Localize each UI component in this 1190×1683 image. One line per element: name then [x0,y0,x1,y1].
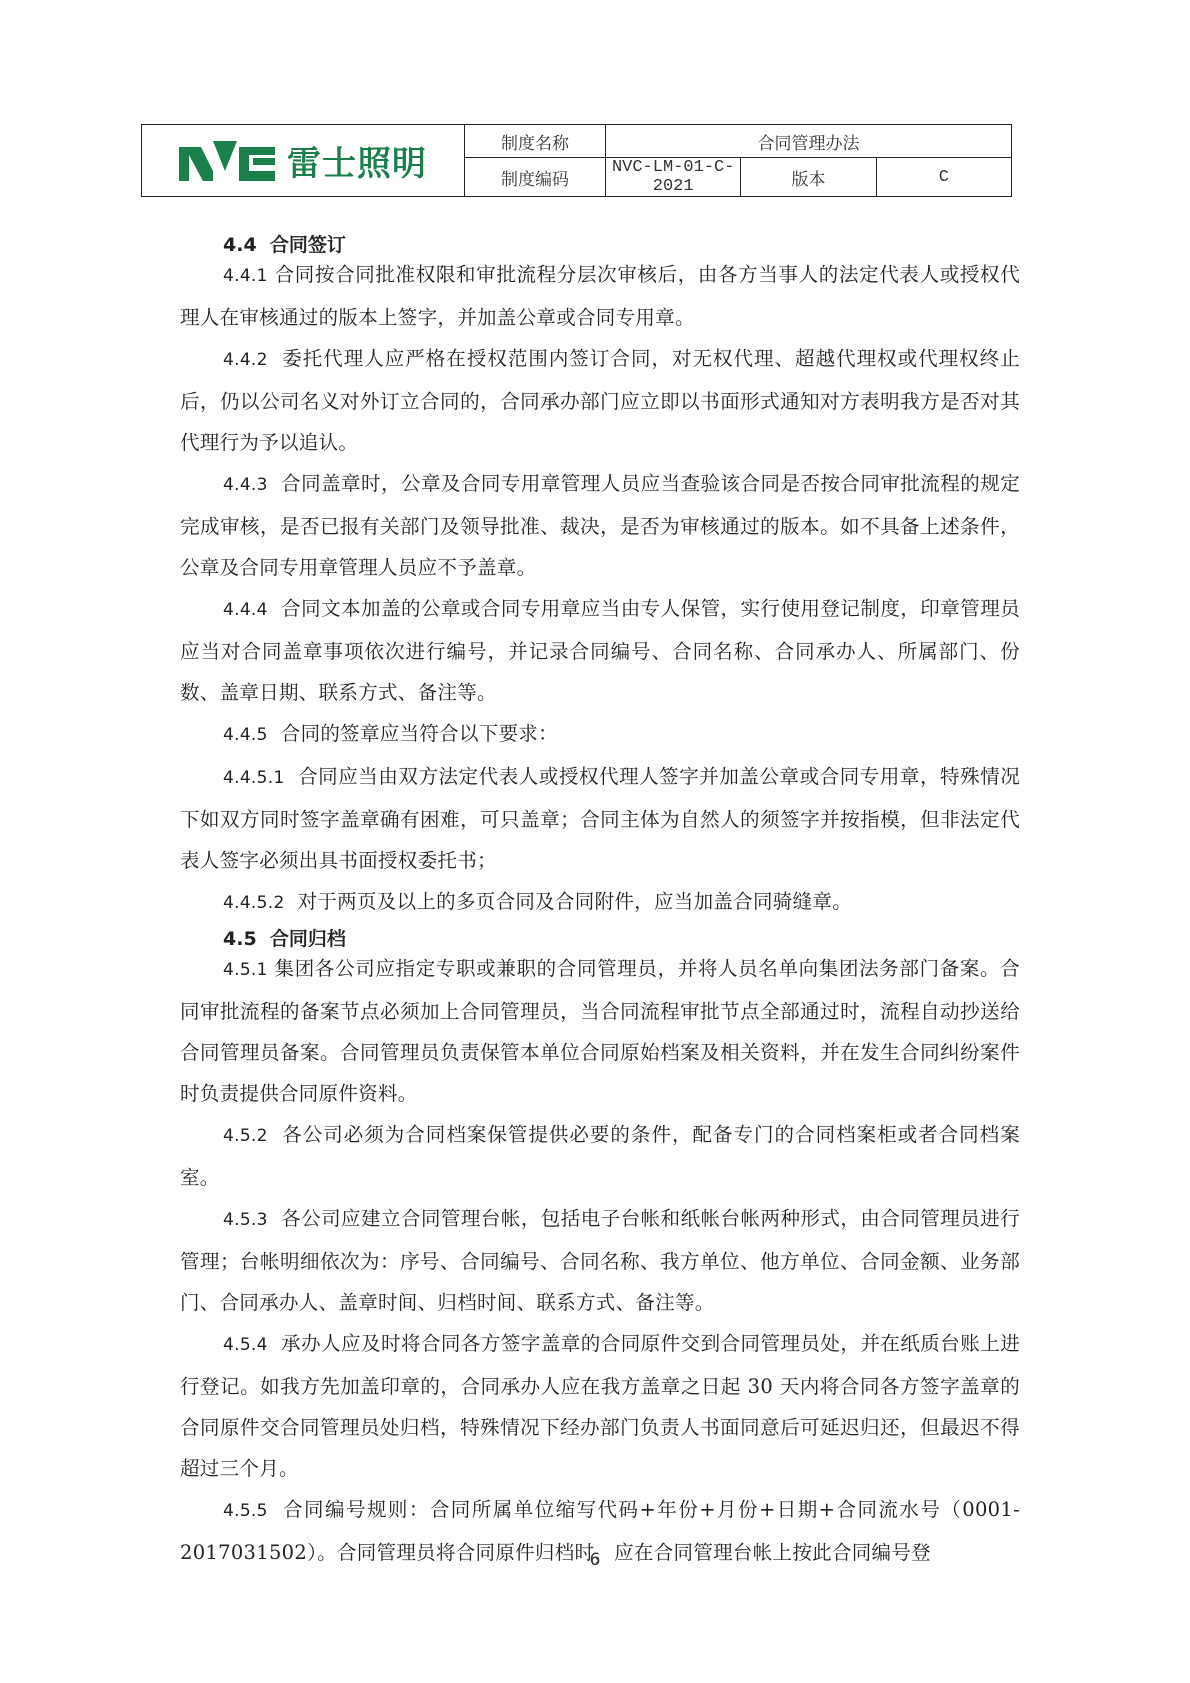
document-body: 4.4 合同签订 4.4.1 合同按合同批准权限和审批流程分层次审核后，由各方当… [180,228,1020,1573]
clause-number: 4.4.5.2 [223,893,285,913]
clause-number: 4.5.2 [223,1126,268,1146]
section-number: 4.4 [223,234,257,256]
clause-4-5-3: 4.5.3 各公司应建立合同管理台帐，包括电子台帐和纸帐台帐两种形式，由合同管理… [180,1198,1020,1323]
logo-cell: 雷士照明 [142,125,465,197]
clause-4-4-3: 4.4.3 合同盖章时，公章及合同专用章管理人员应当查验该合同是否按合同审批流程… [180,463,1020,588]
nvc-logo-icon [179,141,279,181]
clause-4-5-1: 4.5.1 集团各公司应指定专职或兼职的合同管理员，并将人员名单向集团法务部门备… [180,948,1020,1114]
regulation-code-value: NVC-LM-01-C-2021 [606,158,741,197]
clause-number: 4.4.5.1 [223,768,285,788]
page-number: 6 [0,1550,1190,1570]
clause-4-4-2: 4.4.2 委托代理人应严格在授权范围内签订合同，对无权代理、超越代理权或代理权… [180,338,1020,463]
clause-text: 合同按合同批准权限和审批流程分层次审核后，由各方当事人的法定代表人或授权代理人在… [180,263,1020,329]
clause-number: 4.4.5 [223,725,268,745]
clause-number: 4.5.3 [223,1210,268,1230]
logo-text: 雷士照明 [287,136,427,185]
clause-text: 合同盖章时，公章及合同专用章管理人员应当查验该合同是否按合同审批流程的规定完成审… [180,472,1020,579]
document-header-table: 雷士照明 制度名称 合同管理办法 制度编码 NVC-LM-01-C-2021 版… [141,124,1012,197]
clause-4-4-5-2: 4.4.5.2 对于两页及以上的多页合同及合同附件，应当加盖合同骑缝章。 [180,881,1020,924]
clause-4-4-5: 4.4.5 合同的签章应当符合以下要求： [180,713,1020,756]
company-logo: 雷士照明 [142,136,464,185]
clause-4-5-4: 4.5.4 承办人应及时将合同各方签字盖章的合同原件交到合同管理员处，并在纸质台… [180,1323,1020,1489]
clause-4-4-1: 4.4.1 合同按合同批准权限和审批流程分层次审核后，由各方当事人的法定代表人或… [180,254,1020,338]
clause-4-4-4: 4.4.4 合同文本加盖的公章或合同专用章应当由专人保管，实行使用登记制度，印章… [180,588,1020,713]
regulation-code-label: 制度编码 [465,158,606,197]
clause-number: 4.4.2 [223,350,268,370]
clause-number: 4.5.5 [223,1501,268,1521]
clause-text: 合同应当由双方法定代表人或授权代理人签字并加盖公章或合同专用章，特殊情况下如双方… [180,765,1020,872]
regulation-name-value: 合同管理办法 [606,125,1012,158]
section-title: 合同签订 [270,234,346,256]
section-title: 合同归档 [270,928,346,950]
clause-text: 对于两页及以上的多页合同及合同附件，应当加盖合同骑缝章。 [298,890,852,913]
clause-text: 合同的签章应当符合以下要求： [281,722,558,745]
clause-text: 各公司应建立合同管理台帐，包括电子台帐和纸帐台帐两种形式，由合同管理员进行管理；… [180,1207,1020,1314]
clause-number: 4.5.1 [223,960,268,980]
clause-number: 4.4.1 [223,266,268,286]
clause-text: 各公司必须为合同档案保管提供必要的条件，配备专门的合同档案柜或者合同档案室。 [180,1123,1020,1189]
clause-text: 集团各公司应指定专职或兼职的合同管理员，并将人员名单向集团法务部门备案。合同审批… [180,957,1020,1105]
clause-number: 4.4.4 [223,600,268,620]
clause-number: 4.5.4 [223,1335,268,1355]
regulation-name-label: 制度名称 [465,125,606,158]
clause-text: 承办人应及时将合同各方签字盖章的合同原件交到合同管理员处，并在纸质台账上进行登记… [180,1332,1020,1480]
clause-number: 4.4.3 [223,475,268,495]
clause-4-5-2: 4.5.2 各公司必须为合同档案保管提供必要的条件，配备专门的合同档案柜或者合同… [180,1114,1020,1198]
version-label: 版本 [741,158,876,197]
section-number: 4.5 [223,928,257,950]
clause-text: 委托代理人应严格在授权范围内签订合同，对无权代理、超越代理权或代理权终止后，仍以… [180,347,1020,454]
clause-4-4-5-1: 4.4.5.1 合同应当由双方法定代表人或授权代理人签字并加盖公章或合同专用章，… [180,756,1020,881]
clause-text: 合同文本加盖的公章或合同专用章应当由专人保管，实行使用登记制度，印章管理员应当对… [180,597,1020,704]
version-value: C [876,158,1011,197]
